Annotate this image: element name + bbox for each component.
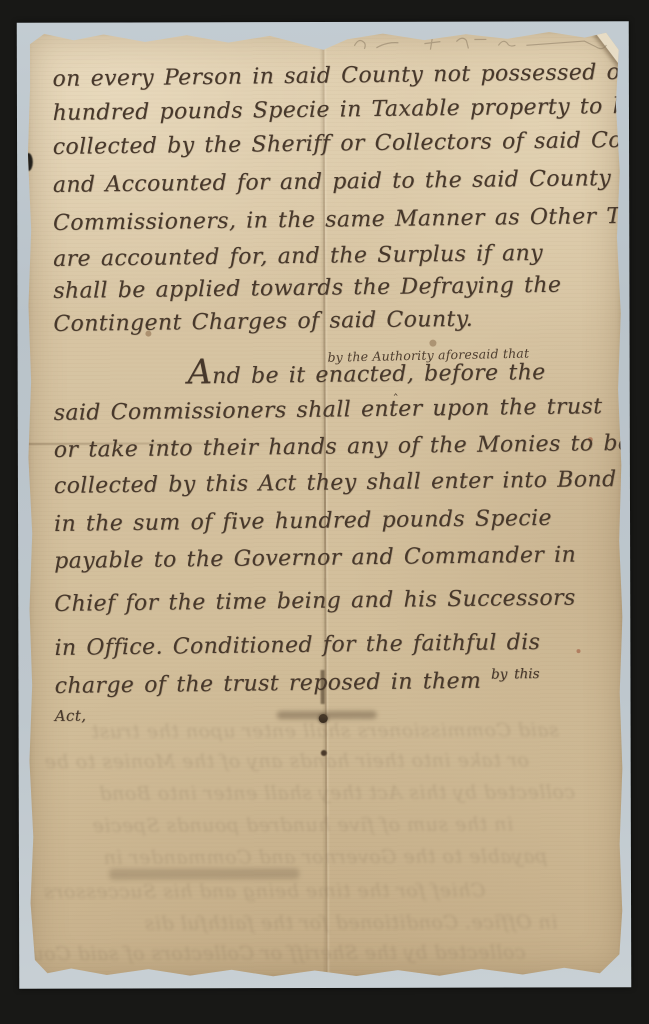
manuscript-line: Act, <box>55 707 87 725</box>
manuscript-line: payable to the Governor and Commander in <box>54 543 576 574</box>
manuscript-line: on every Person in said County not posse… <box>52 59 649 92</box>
manuscript-line-enacting-clause: And be it enacted, before the <box>187 360 545 389</box>
manuscript-line: shall be applied towards the Defraying t… <box>53 273 561 304</box>
manuscript-line: collected by this Act they shall enter i… <box>54 467 617 499</box>
handwritten-text: on every Person in said County not posse… <box>26 29 623 979</box>
manuscript-line: Chief for the time being and his Success… <box>54 586 576 617</box>
manuscript-line: in the sum of five hundred pounds Specie <box>54 506 552 537</box>
manuscript-line: collected by the Sheriff or Collectors o… <box>53 127 649 160</box>
manuscript-paper: on every Person in said County not posse… <box>26 29 623 979</box>
photographed-manuscript-page: on every Person in said County not posse… <box>0 0 649 1024</box>
manuscript-line: charge of the trust reposed in them by t… <box>54 666 539 699</box>
interlined-insertion: by this <box>491 666 540 683</box>
manuscript-line: said Commissioners shall enter upon the … <box>54 394 603 426</box>
manuscript-line: hundred pounds Specie in Taxable propert… <box>52 94 640 126</box>
manuscript-line: in Office. Conditioned for the faithful … <box>54 630 540 661</box>
manuscript-line: Commissioners, in the same Manner as Oth… <box>53 203 649 236</box>
insertion-caret: ‸ <box>394 382 398 396</box>
manuscript-line: are accounted for, and the Surplus if an… <box>53 241 543 272</box>
line-text: charge of the trust reposed in them <box>54 669 481 699</box>
manuscript-line: and Accounted for and paid to the said C… <box>53 166 612 198</box>
manuscript-line: Contingent Charges of said County. <box>53 307 473 337</box>
flourished-capital: A <box>187 352 212 392</box>
line-text: nd be it enacted, before the <box>212 360 546 389</box>
manuscript-line: or take into their hands any of the Moni… <box>54 431 632 463</box>
